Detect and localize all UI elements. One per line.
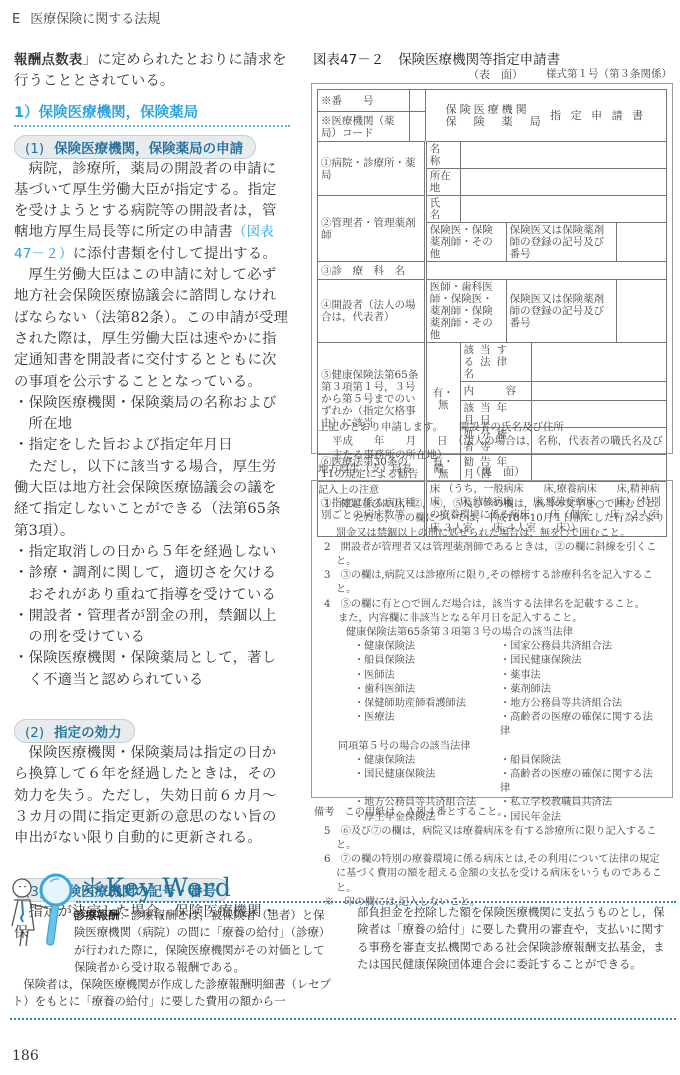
law-item: ・私立学校教職員共済法 [500, 796, 660, 810]
subsection-2-heading: (2)指定の効力 [14, 719, 135, 743]
law-item: ・薬事法 [500, 669, 660, 683]
note-1: 1 標題並びに①，②，④，⑤及び⑥の欄は，該当の文字を○で囲むこと。 [318, 498, 666, 512]
signature-line-1: 上記のとおり申請します。 開設者の氏名及び住所 [318, 420, 668, 434]
law3-heading: 健康保険法第65条第３項第３号の場合の該当法律 [318, 626, 666, 640]
bullet-item: ・開設者・管理者が罰金の刑，禁錮以上の刑を受けている [14, 606, 290, 649]
keyword-divider-bottom [10, 1018, 676, 1020]
code-label: ※医療機関（薬局）コード [318, 112, 410, 142]
content-label: 内 容 [460, 382, 531, 401]
facility-label: ①病院・診療所・薬局 [318, 142, 426, 196]
figure-title: 図表47－２保険医療機関等指定申請書 [313, 48, 560, 68]
manager-registration-label: 保険医又は保険薬剤師の登録の記号及び番号 [506, 223, 617, 262]
intro-bold-term: 報酬点数表 [14, 52, 83, 68]
keyword-definition: 診療報酬：診療報酬とは，被保険者（患者）と保険医療機関（病院）の間に「療養の給付… [12, 907, 334, 976]
note-6: 6 ⑦の欄の特別の療養環境に係る病床とは,その利用について法律の規定に基づく費用… [318, 853, 666, 896]
law-name-label: 該当する法律名 [460, 343, 531, 382]
law-item: ・高齢者の医療の確保に関する法律 [500, 768, 660, 796]
note-1-continued: ただし，⑤の欄については，平成18年10月１日前にした行為により罰金又は禁錮以上… [318, 512, 666, 540]
back-side-label: （裏 面） [470, 463, 525, 479]
bullet-item: ・保険医療機関・保険薬局の名称および所在地 [14, 393, 290, 436]
section-heading: 1）保険医療機関，保険薬局 [14, 101, 290, 127]
law-item: ・地方公務員等共済組合法 [500, 697, 660, 711]
sub2-paragraph: 保険医療機関・保険薬局は指定の日から換算して６年を経過したときは，その効力を失う… [14, 743, 290, 849]
signature-line-2: 平成 年 月 日 （法人の場合は，名称，代表者の職氏名及び主たる事務所の所在地） [318, 434, 668, 462]
law-item: ・高齢者の医療の確保に関する法律 [500, 711, 660, 739]
law-item: ・国民健康保険法 [354, 768, 500, 796]
bullet-item: ・診療・調剤に関して，適切さを欠けるおそれがあり重ねて指導を受けている [14, 563, 290, 606]
keyword-term: 診療報酬 [74, 908, 120, 922]
note-3: 3 ③の欄は,病院又は診療所に限り,その標榜する診療科名を記入すること。 [318, 569, 666, 597]
law-item: ・医師法 [354, 669, 500, 683]
facility-address-field [460, 169, 666, 196]
keyword-left-text: 診療報酬：診療報酬とは，被保険者（患者）と保険医療機関（病院）の間に「療養の給付… [12, 907, 334, 1011]
content-field [531, 382, 666, 401]
address-label: 所在地 [425, 169, 460, 196]
law-name-field [531, 343, 666, 382]
facility-name-field [460, 142, 666, 169]
bullet-item: ・指定をした旨および指定年月日 [14, 435, 290, 456]
subsection-number: (1) [25, 141, 44, 157]
sub1-paragraph-2: 厚生労働大臣はこの申請に対して必ず地方社会保険医療協議会に諮問しなければならない… [14, 265, 290, 393]
sub1-paragraph-1: 病院，診療所，薬局の開設者の申請に基づいて厚生労働大臣が指定する。指定を受けよう… [14, 159, 290, 265]
text: に添付書類を付して提出する。 [73, 246, 277, 262]
form-title: 保険医療機関保 険 薬 局 指 定 申 請 書 [425, 90, 666, 142]
application-form: ※番 号 保険医療機関保 険 薬 局 指 定 申 請 書 ※医療機関（薬局）コー… [311, 83, 673, 454]
law-item: ・医療法 [354, 711, 500, 739]
chapter-title: 医療保険に関する法規 [30, 12, 160, 27]
law-item: ・船員保険法 [354, 654, 500, 668]
subsection-number: (2) [25, 725, 44, 741]
bullet-item: ・指定取消しの日から５年を経過しない [14, 542, 290, 563]
chapter-letter: E [12, 12, 20, 27]
law5-heading: 同項第５号の場合の該当法律 [318, 740, 666, 754]
subsection-1-heading: (1)保険医療機関，保険薬局の申請 [14, 135, 256, 159]
law3-list: ・健康保険法・国家公務員共済組合法 ・船員保険法・国民健康保険法 ・医師法・薬事… [318, 640, 666, 739]
founder-type: 医師・歯科医師・保険医・薬剤師・保険薬剤師・その他 [425, 280, 506, 343]
law-item: ・国民年金法 [500, 811, 660, 825]
department-label: ③診 療 科 名 [318, 262, 426, 280]
figure-remark: 備考 この用紙は，Ａ列４番とすること。 [314, 803, 508, 818]
law-item: ・健康保険法 [354, 754, 500, 768]
number-field [409, 90, 425, 112]
law-item: ・薬剤師法 [500, 683, 660, 697]
notes-box: 記入上の注意 1 標題並びに①，②，④，⑤及び⑥の欄は，該当の文字を○で囲むこと… [311, 480, 673, 798]
keyword-paragraph-2: 保険者は，保険医療機関が作成した診療報酬明細書（レセプト）をもとに「療養の給付」… [12, 976, 334, 1011]
manager-type: 保険医・保険薬剤師・その他 [425, 223, 506, 262]
front-side-label: （表 面） [468, 66, 523, 82]
manager-label: ②管理者・管理薬剤師 [318, 196, 426, 262]
manager-registration-field [617, 223, 667, 262]
note-4: 4 ⑤の欄に有と○で囲んだ場合は，該当する法律名を記載すること。 [318, 598, 666, 612]
law-item: ・国家公務員共済組合法 [500, 640, 660, 654]
sub1-paragraph-3: ただし，以下に該当する場合，厚生労働大臣は地方社会保険医療協議会の議を経て指定し… [14, 457, 290, 542]
keyword-title: ＊Key Word [80, 868, 231, 904]
subsection-title: 保険医療機関，保険薬局の申請 [54, 141, 243, 157]
name-label: 名 称 [425, 142, 460, 169]
bullet-item: ・保険医療機関・保険薬局として，著しく不適当と認められている [14, 648, 290, 691]
number-label: ※番 号 [318, 90, 410, 112]
page-number: 186 [12, 1048, 39, 1064]
founder-registration-field [617, 280, 667, 343]
form-title-suffix: 指 定 申 請 書 [550, 109, 646, 122]
notes-heading: 記入上の注意 [318, 484, 666, 498]
note-5: 5 ⑥及び⑦の欄は，病院又は療養病床を有する診療所に限り記入すること。 [318, 825, 666, 853]
note-2: 2 開設者が管理者又は管理薬剤師であるときは，②の欄に斜線を引くこと。 [318, 541, 666, 569]
founder-registration-label: 保険医又は保険薬剤師の登録の記号及び番号 [506, 280, 617, 343]
law-item: ・歯科医師法 [354, 683, 500, 697]
law-item: ・保健師助産師看護師法 [354, 697, 500, 711]
form-title-bottom: 保 険 薬 局 [446, 115, 544, 128]
manager-name-field [460, 196, 666, 223]
founder-label: ④開設者（法人の場合は，代表者） [318, 280, 426, 343]
figure-number: 図表47－２ [313, 52, 384, 68]
subsection-title: 指定の効力 [54, 725, 122, 741]
law-item: ・国民健康保険法 [500, 654, 660, 668]
keyword-divider-top [76, 901, 676, 903]
law-item: ・船員保険法 [500, 754, 660, 768]
keyword-right-text: 部負担金を控除した額を保険医療機関に支払うものとし，保険者は「療養の給付」に要し… [357, 904, 675, 973]
manager-name-label: 氏 名 [425, 196, 460, 223]
department-field [425, 262, 666, 280]
main-text-column: 報酬点数表」に定められたとおりに請求を行うこととされている。 1）保険医療機関，… [14, 50, 290, 944]
note-4-continued: また，内容欄に非該当となる年月日を記入すること。 [318, 612, 666, 626]
intro-paragraph: 報酬点数表」に定められたとおりに請求を行うこととされている。 [14, 50, 290, 93]
running-head: E医療保険に関する法規 [12, 8, 160, 27]
form-style-label: 様式第１号（第３条関係） [546, 66, 672, 81]
code-field [409, 112, 425, 142]
law-item: ・健康保険法 [354, 640, 500, 654]
